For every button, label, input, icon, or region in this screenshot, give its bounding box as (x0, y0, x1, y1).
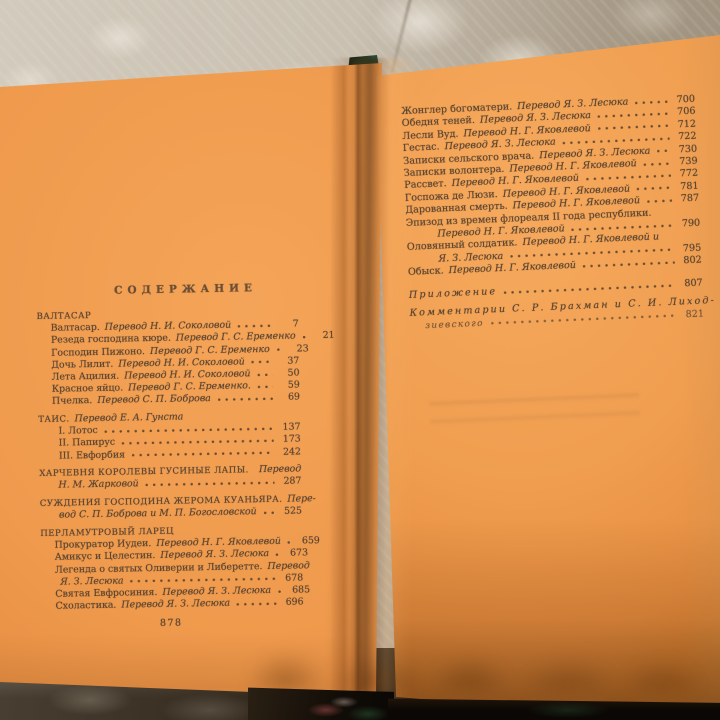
entry-page-number: 242 (277, 446, 301, 459)
dot-leader (237, 322, 272, 330)
entry-page-number: 659 (296, 535, 320, 548)
entry-page-number: 787 (675, 193, 699, 206)
entry-translator: Перевод Г. С. Еременко (150, 343, 270, 357)
entry-translator: вод С. П. Боброва и М. П. Богословской (59, 506, 257, 522)
entry-translator: Я. З. Лесюка (60, 575, 124, 588)
dot-leader (277, 587, 283, 594)
entry-page-number: 722 (672, 131, 696, 144)
dot-leader (287, 538, 293, 545)
entry-page-number: 7 (275, 319, 299, 332)
dot-leader (646, 197, 672, 205)
entry-page-number: 673 (284, 548, 308, 561)
dot-leader (597, 110, 669, 120)
dot-leader (104, 425, 274, 435)
entry-translator: Перевод Я. З. Лесюка (162, 585, 271, 599)
entry-translator: Н. М. Жарковой (58, 479, 138, 493)
dot-leader (257, 383, 273, 390)
entry-translator: Перевод (267, 560, 310, 573)
photo-open-book-table-of-contents: СОДЕРЖАНИЕ ВАЛТАСАРВалтасар.Перевод Н. И… (0, 0, 720, 720)
dot-leader (145, 479, 275, 488)
entry-page-number: 23 (285, 343, 309, 356)
entry-translator: Перевод Г. С. Еременко (176, 331, 296, 345)
entry-page-number: 730 (673, 143, 697, 156)
entry-translator: Пере- (287, 493, 316, 506)
dot-leader (634, 98, 668, 106)
dot-leader (636, 184, 672, 192)
dot-leader (302, 333, 308, 340)
entry-page-number: 821 (680, 308, 704, 321)
entry-title: Схоластика. (55, 600, 116, 613)
dot-leader (257, 370, 273, 377)
entry-title: II. Папирус (59, 437, 116, 450)
entry-page-number: 137 (276, 422, 300, 435)
toc-entry-line: Н. М. Жарковой287 (39, 476, 301, 493)
entry-page-number: 706 (671, 106, 695, 119)
entry-translator: Перевод Е. А. Гунста (75, 411, 184, 425)
dot-leader (121, 437, 274, 447)
entry-translator: Перевод Я. З. Лесюка (121, 598, 230, 612)
dot-leader (251, 358, 273, 365)
entry-page-number: 685 (286, 584, 310, 597)
entry-page-number: 807 (678, 278, 702, 291)
entry-page-number: 678 (279, 572, 303, 585)
right-page-text: Жонглер богоматери.Перевод Я. З. Лесюка7… (401, 94, 704, 333)
dot-leader (217, 395, 273, 403)
entry-translator: зиевского (425, 317, 484, 332)
entry-page-number: 59 (276, 380, 300, 393)
dot-leader (275, 551, 281, 558)
entry-page-number: 772 (674, 168, 698, 181)
dot-leader (130, 575, 277, 585)
entry-title: Пчелка. (52, 395, 93, 408)
entry-page-number: 69 (276, 392, 300, 405)
dot-leader (582, 258, 675, 269)
entry-title: Дочь Лилит. (51, 358, 113, 371)
left-page-text: СОДЕРЖАНИЕ ВАЛТАСАРВалтасар.Перевод Н. И… (36, 281, 304, 631)
entry-title: Приложение (409, 287, 498, 303)
dot-leader (643, 159, 671, 167)
entry-page-number: 50 (275, 367, 299, 380)
entry-page-number: 287 (277, 476, 301, 489)
entry-page-number: 802 (678, 255, 702, 268)
entry-page-number: 37 (275, 355, 299, 368)
entry-translator: Перевод С. П. Боброва (97, 393, 211, 407)
entry-page-number: 696 (279, 597, 303, 610)
text-show-through (429, 388, 641, 443)
toc-heading: СОДЕРЖАНИЕ (114, 281, 298, 296)
dot-leader (131, 449, 274, 458)
dot-leader (585, 172, 671, 183)
dot-leader (656, 147, 670, 155)
toc-list-right: Жонглер богоматери.Перевод Я. З. Лесюка7… (401, 94, 704, 333)
dot-leader (503, 282, 676, 296)
entry-title: III. Евфорбия (59, 449, 125, 462)
toc-list-left: ВАЛТАСАРВалтасар.Перевод Н. И. Соколовой… (36, 306, 303, 613)
dot-leader (597, 122, 670, 132)
entry-page-number: 21 (311, 330, 335, 343)
entry-page-number: 790 (676, 217, 700, 230)
entry-page-number: 795 (677, 242, 701, 255)
dot-leader (276, 346, 282, 353)
entry-title: Обыск. (408, 265, 444, 279)
entry-title: ТАИС. (38, 413, 70, 426)
entry-page-number: 173 (277, 434, 301, 447)
dot-leader (236, 600, 277, 608)
entry-page-number: 525 (278, 506, 302, 519)
dot-leader (263, 509, 275, 516)
